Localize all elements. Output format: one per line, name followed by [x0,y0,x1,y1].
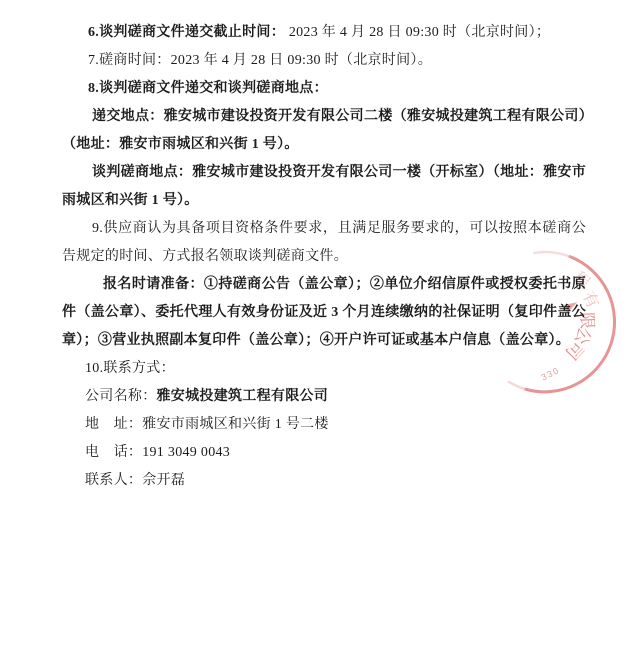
company-name-line: 公司名称：雅安城投建筑工程有限公司 [62,383,586,411]
address-line: 地 址：雅安市雨城区和兴街 1 号二楼 [62,411,586,439]
deadline-label: 6.谈判磋商文件递交截止时间： [88,25,285,40]
contact-person-label: 联系人： [85,473,142,488]
address-label: 地 址： [85,417,142,432]
phone-value: 191 3049 0043 [142,445,230,460]
contact-heading: 10.联系方式： [62,355,586,383]
document-page: 6.谈判磋商文件递交截止时间：2023 年 4 月 28 日 09:30 时（北… [0,0,640,646]
negotiation-location-item: 谈判磋商地点：雅安城市建设投资开发有限公司一楼（开标室）（地址：雅安市雨城区和兴… [62,159,586,215]
contact-person-value: 佘开磊 [142,473,185,488]
address-value: 雅安市雨城区和兴街 1 号二楼 [142,417,329,432]
company-name-value: 雅安城投建筑工程有限公司 [157,389,329,404]
registration-requirements-item: 报名时请准备：①持磋商公告（盖公章）；②单位介绍信原件或授权委托书原件（盖公章）… [62,271,586,355]
submit-location-item: 递交地点：雅安城市建设投资开发有限公司二楼（雅安城投建筑工程有限公司）（地址：雅… [62,103,586,159]
deadline-value: 2023 年 4 月 28 日 09:30 时（北京时间）； [285,25,550,40]
phone-label: 电 话： [85,445,142,460]
company-name-label: 公司名称： [85,389,157,404]
supplier-eligibility-item: 9.供应商认为具备项目资格条件要求，且满足服务要求的，可以按照本磋商公告规定的时… [62,215,586,271]
deadline-item: 6.谈判磋商文件递交截止时间：2023 年 4 月 28 日 09:30 时（北… [62,19,586,47]
negotiation-time-item: 7.磋商时间：2023 年 4 月 28 日 09:30 时（北京时间）。 [62,47,586,75]
phone-line: 电 话：191 3049 0043 [62,439,586,467]
contact-person-line: 联系人：佘开磊 [62,467,586,495]
locations-heading: 8.谈判磋商文件递交和谈判磋商地点： [62,75,586,103]
document-body: 6.谈判磋商文件递交截止时间：2023 年 4 月 28 日 09:30 时（北… [62,19,586,495]
